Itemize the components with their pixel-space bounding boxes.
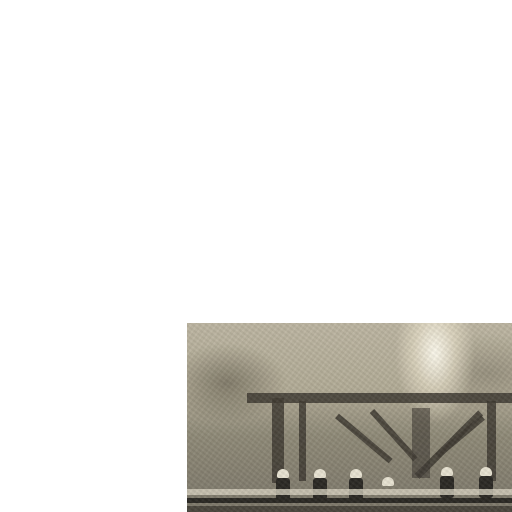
film-grain bbox=[187, 323, 512, 512]
photograph bbox=[187, 323, 512, 512]
